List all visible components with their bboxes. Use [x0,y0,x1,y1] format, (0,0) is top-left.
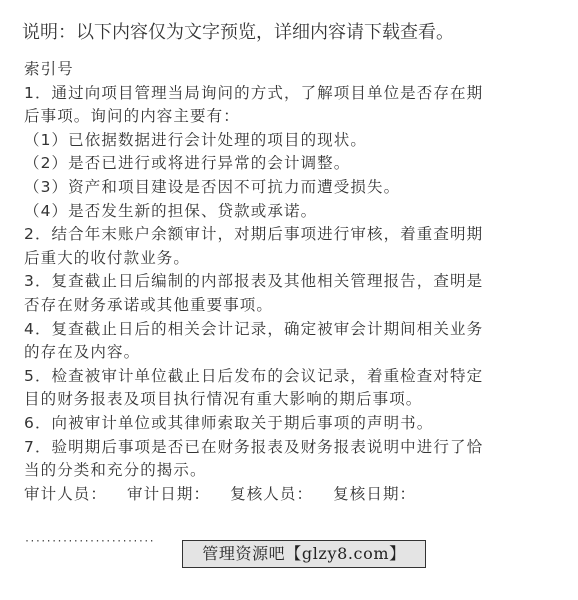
index-label: 索引号 [24,58,564,82]
sub-item-2: （2）是否已进行或将进行异常的会计调整。 [24,152,564,176]
signature-row: 审计人员： 审计日期： 复核人员： 复核日期： [24,483,564,507]
item-4-line-1: 4．复查截止日后的相关会计记录，确定被审会计期间相关业务 [24,318,564,342]
sub-item-3: （3）资产和项目建设是否因不可抗力而遭受损失。 [24,176,564,200]
item-6: 6．向被审计单位或其律师索取关于期后事项的声明书。 [24,412,564,436]
review-date-label: 复核日期： [333,485,416,503]
sub-item-4: （4）是否发生新的担保、贷款或承诺。 [24,200,564,224]
item-7-line-1: 7．验明期后事项是否已在财务报表及财务报表说明中进行了恰 [24,436,564,460]
item-3-line-2: 否存在财务承诺或其他重要事项。 [24,294,564,318]
item-2-line-1: 2．结合年末账户余额审计，对期后事项进行审核，着重查明期 [24,223,564,247]
document-body: 索引号 1．通过向项目管理当局询问的方式，了解项目单位是否存在期 后事项。询问的… [24,58,564,506]
auditor-label: 审计人员： [24,485,107,503]
reviewer-label: 复核人员： [230,485,313,503]
item-3-line-1: 3．复查截止日后编制的内部报表及其他相关管理报告，查明是 [24,270,564,294]
sub-item-1: （1）已依据数据进行会计处理的项目的现状。 [24,129,564,153]
item-4-line-2: 的存在及内容。 [24,341,564,365]
dotted-separator: ························ [24,536,154,547]
item-1-line-1: 1．通过向项目管理当局询问的方式，了解项目单位是否存在期 [24,82,564,106]
audit-date-label: 审计日期： [127,485,210,503]
item-1-line-2: 后事项。询问的内容主要有： [24,105,564,129]
item-2-line-2: 后重大的收付款业务。 [24,247,564,271]
item-5-line-2: 目的财务报表及项目执行情况有重大影响的期后事项。 [24,388,564,412]
brand-watermark: 管理资源吧【glzy8.com】 [182,540,426,568]
preview-notice: 说明：以下内容仅为文字预览，详细内容请下载查看。 [22,18,454,44]
item-5-line-1: 5．检查被审计单位截止日后发布的会议记录，着重检查对特定 [24,365,564,389]
item-7-line-2: 当的分类和充分的揭示。 [24,459,564,483]
